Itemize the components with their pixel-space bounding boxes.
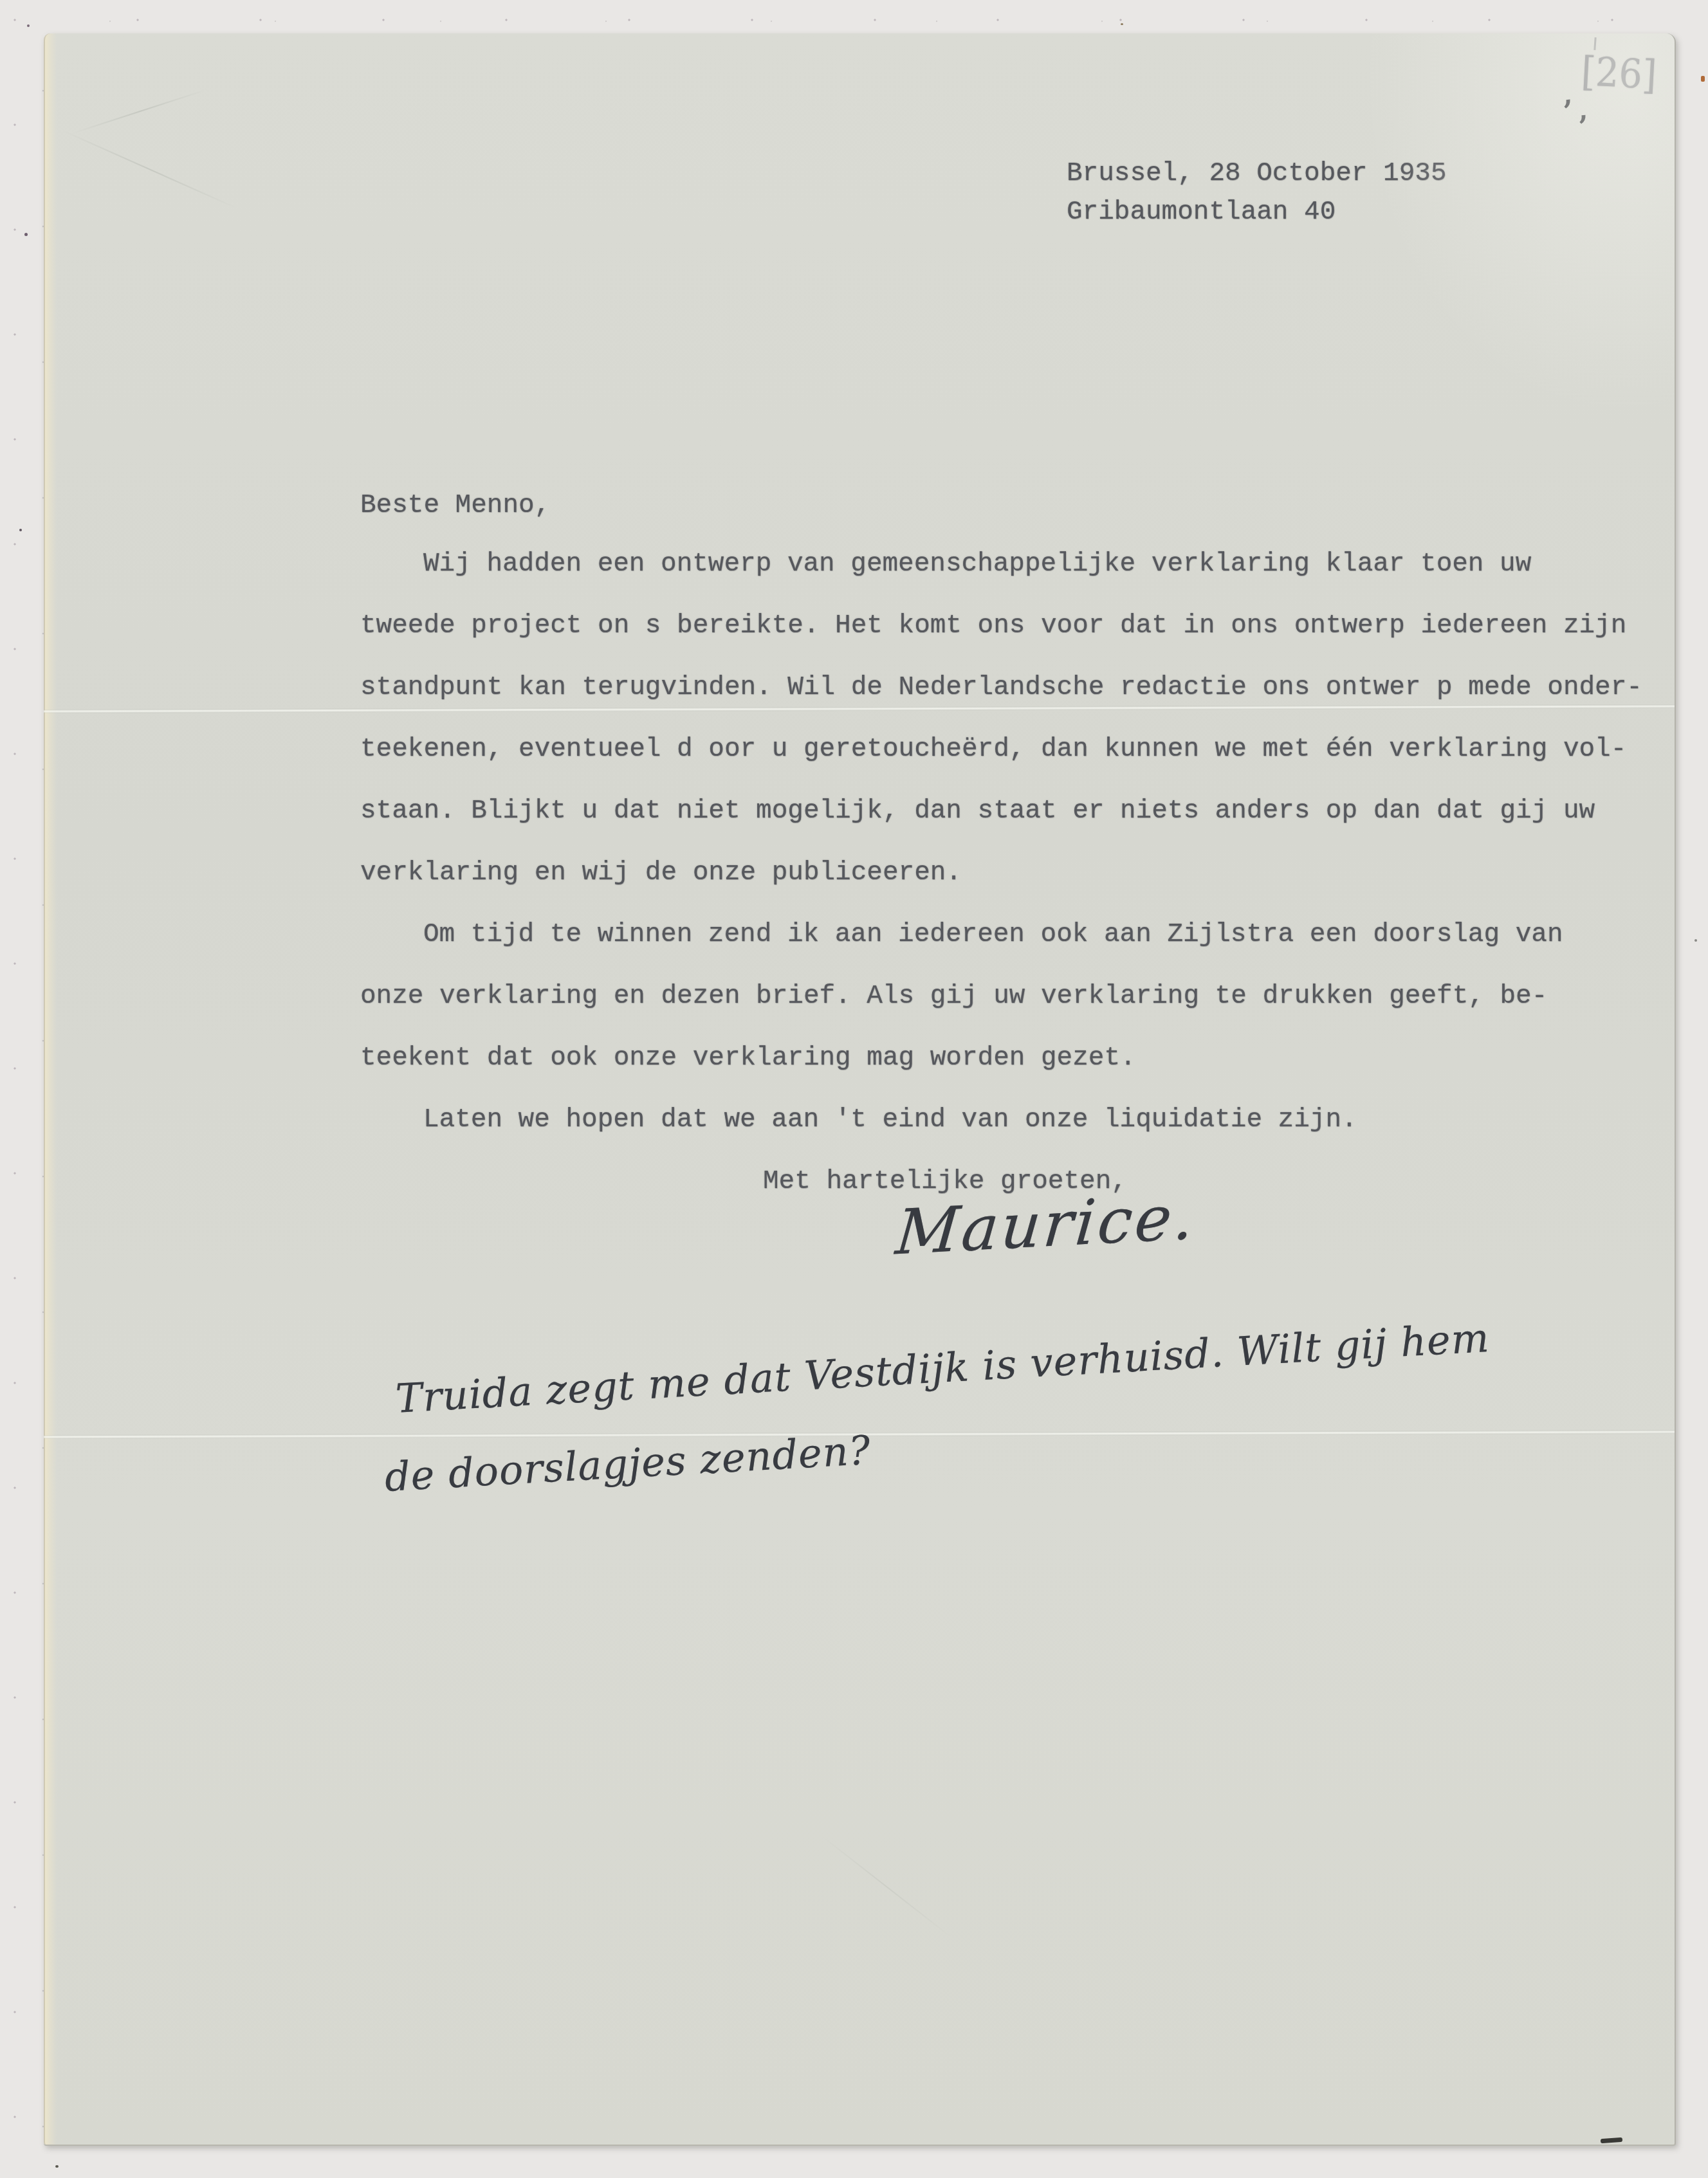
postscript-line-1: Truida zegt me dat Vestdijk is verhuisd.… xyxy=(394,1314,1491,1422)
typed-line: onze verklaring en dezen brief. Als gij … xyxy=(360,980,1547,1012)
fold-crease-upper xyxy=(44,704,1675,713)
dust-speck xyxy=(1701,76,1705,82)
typed-line: verklaring en wij de onze publiceeren. xyxy=(360,857,962,889)
typed-line: staan. Blijkt u dat niet mogelijk, dan s… xyxy=(360,795,1595,827)
salutation: Beste Menno, xyxy=(360,490,550,522)
wrinkle-line xyxy=(61,129,238,209)
dust-speck xyxy=(1694,939,1697,942)
dust-speck xyxy=(1121,23,1123,25)
page-number-annotation: [26] xyxy=(1580,48,1658,98)
wrinkle-line xyxy=(73,89,208,134)
typed-line: Wij hadden een ontwerp van gemeenschappe… xyxy=(360,548,1531,580)
postscript-line-2: de doorslagjes zenden? xyxy=(383,1427,872,1501)
dust-speck xyxy=(27,24,30,27)
dust-speck xyxy=(24,233,28,236)
wrinkle-line xyxy=(820,1835,953,1939)
signature: Maurice. xyxy=(893,1181,1199,1269)
letter-paper: [26] ’‚ Brussel, 28 October 1935 Gribaum… xyxy=(44,33,1676,2146)
dust-speck xyxy=(19,529,22,531)
typed-line: standpunt kan terugvinden. Wil de Nederl… xyxy=(360,672,1642,704)
stray-ink-mark: ’‚ xyxy=(1561,91,1593,129)
typed-line: teekenen, eventueel d oor u geretoucheër… xyxy=(360,733,1626,765)
heading-place-date: Brussel, 28 October 1935 xyxy=(1067,158,1447,190)
edge-nick xyxy=(1601,2137,1622,2143)
typed-line: teekent dat ook onze verklaring mag word… xyxy=(360,1042,1136,1074)
scanner-background: [26] ’‚ Brussel, 28 October 1935 Gribaum… xyxy=(0,0,1708,2178)
heading-address: Gribaumontlaan 40 xyxy=(1067,196,1336,228)
typed-line: tweede project on s bereikte. Het komt o… xyxy=(360,610,1626,642)
dust-speck xyxy=(55,2165,59,2168)
typed-line: Laten we hopen dat we aan 't eind van on… xyxy=(360,1104,1357,1136)
typed-line: Om tijd te winnen zend ik aan iedereen o… xyxy=(360,919,1563,951)
